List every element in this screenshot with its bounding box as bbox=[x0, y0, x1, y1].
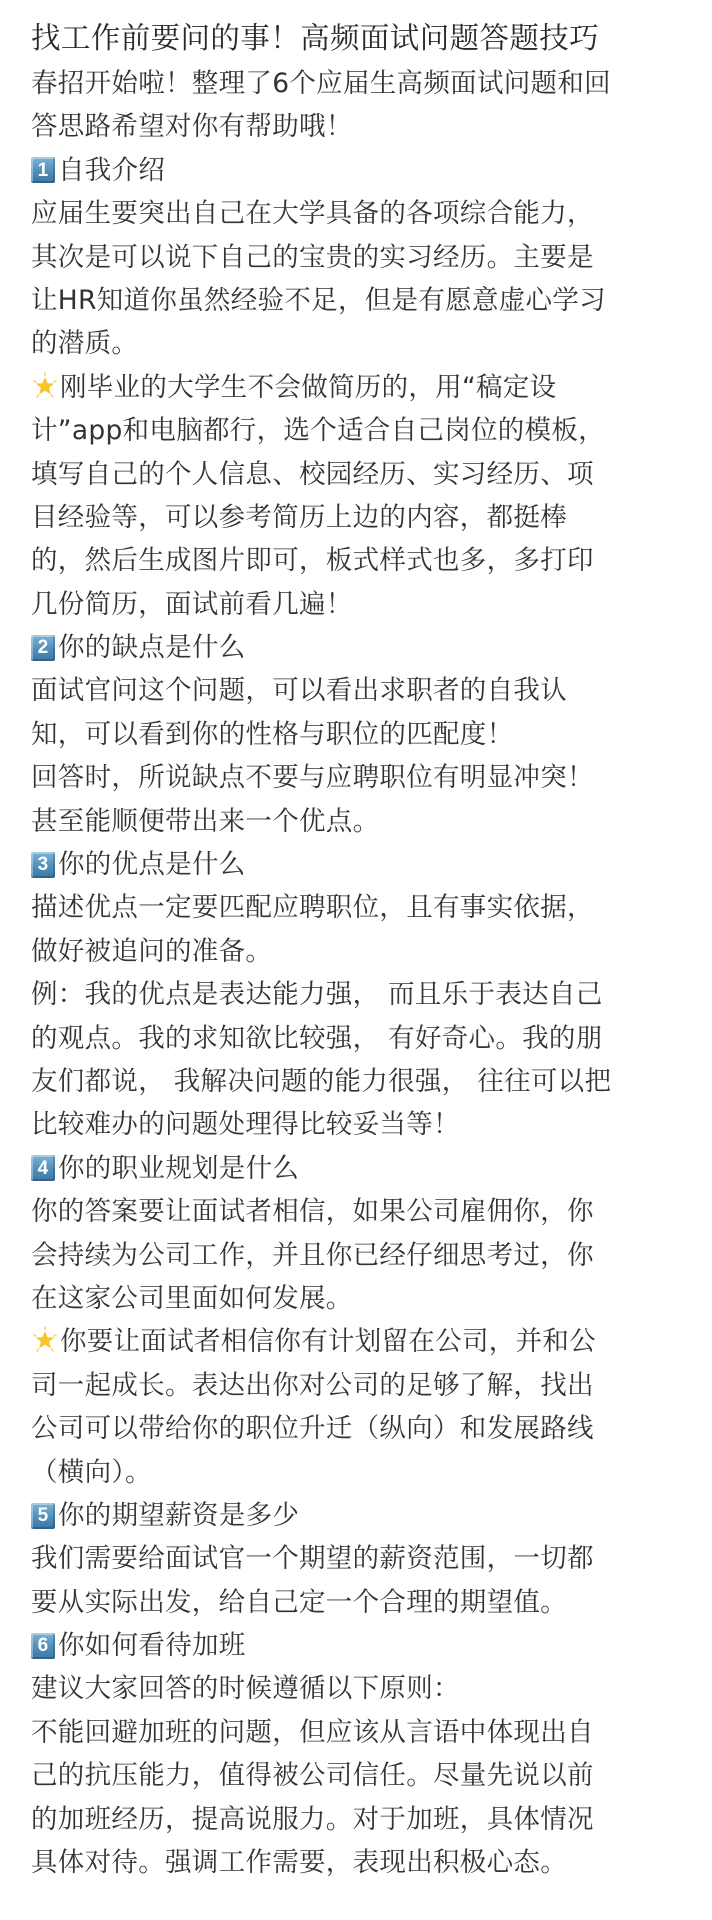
body-line: 友们都说， 我解决问题的能力很强， 往往可以把 bbox=[31, 1060, 688, 1103]
body-line: 的加班经历，提高说服力。对于加班，具体情况 bbox=[31, 1798, 688, 1841]
tip-line: 公司可以带给你的职位升迁（纵向）和发展路线 bbox=[31, 1407, 688, 1450]
body-line: 知，可以看到你的性格与职位的匹配度！ bbox=[31, 713, 688, 756]
body-line: 其次是可以说下自己的宝贵的实习经历。主要是 bbox=[31, 236, 688, 279]
tip-line: 几份简历，面试前看几遍！ bbox=[31, 583, 688, 626]
body-line: 会持续为公司工作，并且你已经仔细思考过，你 bbox=[31, 1234, 688, 1277]
body-line: 要从实际出发，给自己定一个合理的期望值。 bbox=[31, 1581, 688, 1624]
body-line: 的潜质。 bbox=[31, 322, 688, 365]
tip-line: 你要让面试者相信你有计划留在公司，并和公 bbox=[31, 1320, 688, 1363]
body-line: 例：我的优点是表达能力强， 而且乐于表达自己 bbox=[31, 973, 688, 1016]
keycap-3-icon: 3 bbox=[31, 852, 55, 878]
tip-line: 刚毕业的大学生不会做简历的，用“稿定设 bbox=[31, 366, 688, 409]
tip-line: 计”app和电脑都行，选个适合自己岗位的模板， bbox=[31, 409, 688, 452]
tip-line: 填写自己的个人信息、校园经历、实习经历、项 bbox=[31, 453, 688, 496]
body-line: 做好被追问的准备。 bbox=[31, 930, 688, 973]
intro-line: 答思路希望对你有帮助哦！ bbox=[31, 105, 688, 148]
tip-text: 刚毕业的大学生不会做简历的，用“稿定设 bbox=[60, 372, 556, 403]
section-heading-text: 你的职业规划是什么 bbox=[58, 1147, 299, 1190]
body-line: 应届生要突出自己在大学具备的各项综合能力， bbox=[31, 192, 688, 235]
glowing-star-icon bbox=[31, 1326, 59, 1354]
body-line: 不能回避加班的问题，但应该从言语中体现出自 bbox=[31, 1711, 688, 1754]
section-heading-3: 3 你的优点是什么 bbox=[31, 843, 688, 886]
section-heading-6: 6 你如何看待加班 bbox=[31, 1624, 688, 1667]
body-line: 在这家公司里面如何发展。 bbox=[31, 1277, 688, 1320]
section-heading-text: 你的期望薪资是多少 bbox=[58, 1494, 299, 1537]
keycap-2-icon: 2 bbox=[31, 635, 55, 661]
body-line: 甚至能顺便带出来一个优点。 bbox=[31, 800, 688, 843]
body-line: 己的抗压能力，值得被公司信任。尽量先说以前 bbox=[31, 1754, 688, 1797]
tip-line: 的，然后生成图片即可，板式样式也多，多打印 bbox=[31, 539, 688, 582]
body-line: 让HR知道你虽然经验不足，但是有愿意虚心学习 bbox=[31, 279, 688, 322]
tip-text: 你要让面试者相信你有计划留在公司，并和公 bbox=[60, 1326, 596, 1357]
section-heading-4: 4 你的职业规划是什么 bbox=[31, 1147, 688, 1190]
body-line: 面试官问这个问题，可以看出求职者的自我认 bbox=[31, 669, 688, 712]
glowing-star-icon bbox=[31, 372, 59, 400]
section-heading-text: 你的缺点是什么 bbox=[58, 626, 246, 669]
body-line: 描述优点一定要匹配应聘职位，且有事实依据， bbox=[31, 886, 688, 929]
body-line: 比较难办的问题处理得比较妥当等！ bbox=[31, 1103, 688, 1146]
section-heading-5: 5 你的期望薪资是多少 bbox=[31, 1494, 688, 1537]
section-heading-text: 你的优点是什么 bbox=[58, 843, 246, 886]
tip-line: （横向）。 bbox=[31, 1451, 688, 1494]
section-heading-1: 1 自我介绍 bbox=[31, 149, 688, 192]
tip-line: 司一起成长。表达出你对公司的足够了解，找出 bbox=[31, 1364, 688, 1407]
section-heading-text: 你如何看待加班 bbox=[58, 1624, 246, 1667]
keycap-6-icon: 6 bbox=[31, 1633, 55, 1659]
article-title: 找工作前要问的事！高频面试问题答题技巧 bbox=[31, 16, 688, 60]
article: 找工作前要问的事！高频面试问题答题技巧 春招开始啦！整理了6个应届生高频面试问题… bbox=[0, 0, 712, 1884]
tip-line: 目经验等，可以参考简历上边的内容，都挺棒 bbox=[31, 496, 688, 539]
keycap-4-icon: 4 bbox=[31, 1155, 55, 1181]
body-line: 回答时，所说缺点不要与应聘职位有明显冲突！ bbox=[31, 756, 688, 799]
section-heading-text: 自我介绍 bbox=[58, 149, 165, 192]
keycap-5-icon: 5 bbox=[31, 1503, 55, 1529]
body-line: 具体对待。强调工作需要，表现出积极心态。 bbox=[31, 1841, 688, 1884]
intro-line: 春招开始啦！整理了6个应届生高频面试问题和回 bbox=[31, 62, 688, 105]
body-line: 建议大家回答的时候遵循以下原则： bbox=[31, 1667, 688, 1710]
keycap-1-icon: 1 bbox=[31, 157, 55, 183]
body-line: 的观点。我的求知欲比较强， 有好奇心。我的朋 bbox=[31, 1017, 688, 1060]
body-line: 你的答案要让面试者相信，如果公司雇佣你，你 bbox=[31, 1190, 688, 1233]
body-line: 我们需要给面试官一个期望的薪资范围，一切都 bbox=[31, 1537, 688, 1580]
section-heading-2: 2 你的缺点是什么 bbox=[31, 626, 688, 669]
